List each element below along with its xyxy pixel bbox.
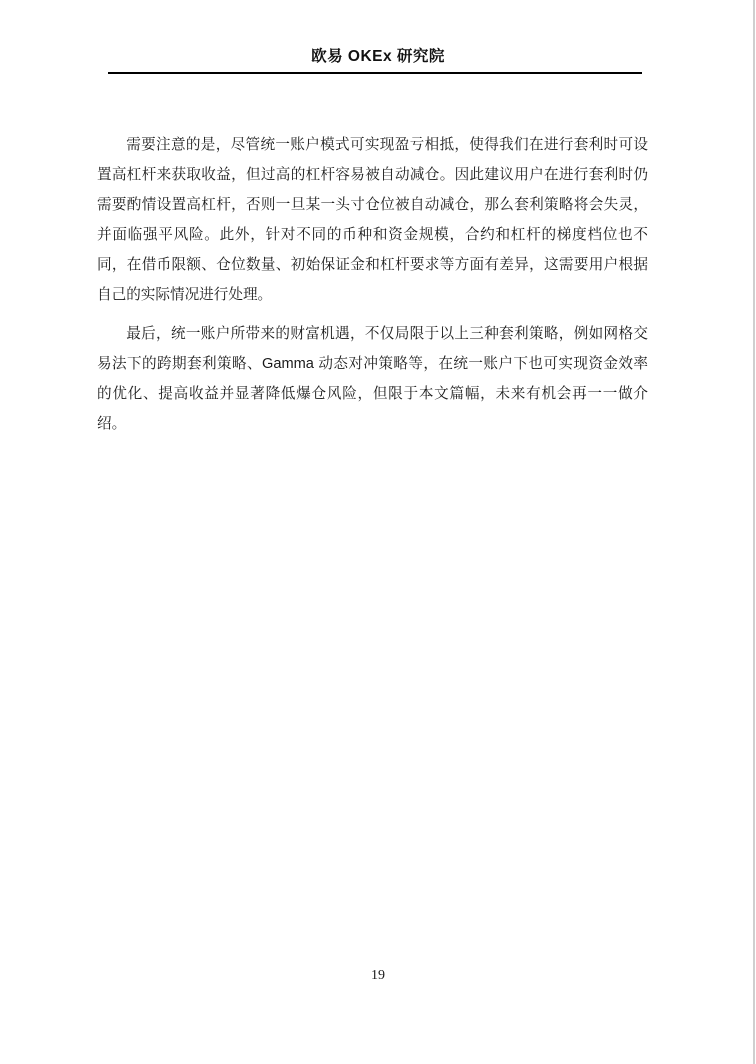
paragraph: 最后，统一账户所带来的财富机遇，不仅局限于以上三种套利策略，例如网格交易法下的跨… — [97, 319, 648, 439]
document-body: 需要注意的是，尽管统一账户模式可实现盈亏相抵，使得我们在进行套利时可设置高杠杆来… — [97, 130, 648, 448]
page-number: 19 — [0, 968, 756, 984]
page-edge-line — [753, 0, 755, 1064]
header-rule — [108, 72, 642, 74]
document-page: 欧易 OKEx 研究院 需要注意的是，尽管统一账户模式可实现盈亏相抵，使得我们在… — [0, 0, 756, 1064]
paragraph: 需要注意的是，尽管统一账户模式可实现盈亏相抵，使得我们在进行套利时可设置高杠杆来… — [97, 130, 648, 310]
page-header-title: 欧易 OKEx 研究院 — [0, 44, 756, 66]
